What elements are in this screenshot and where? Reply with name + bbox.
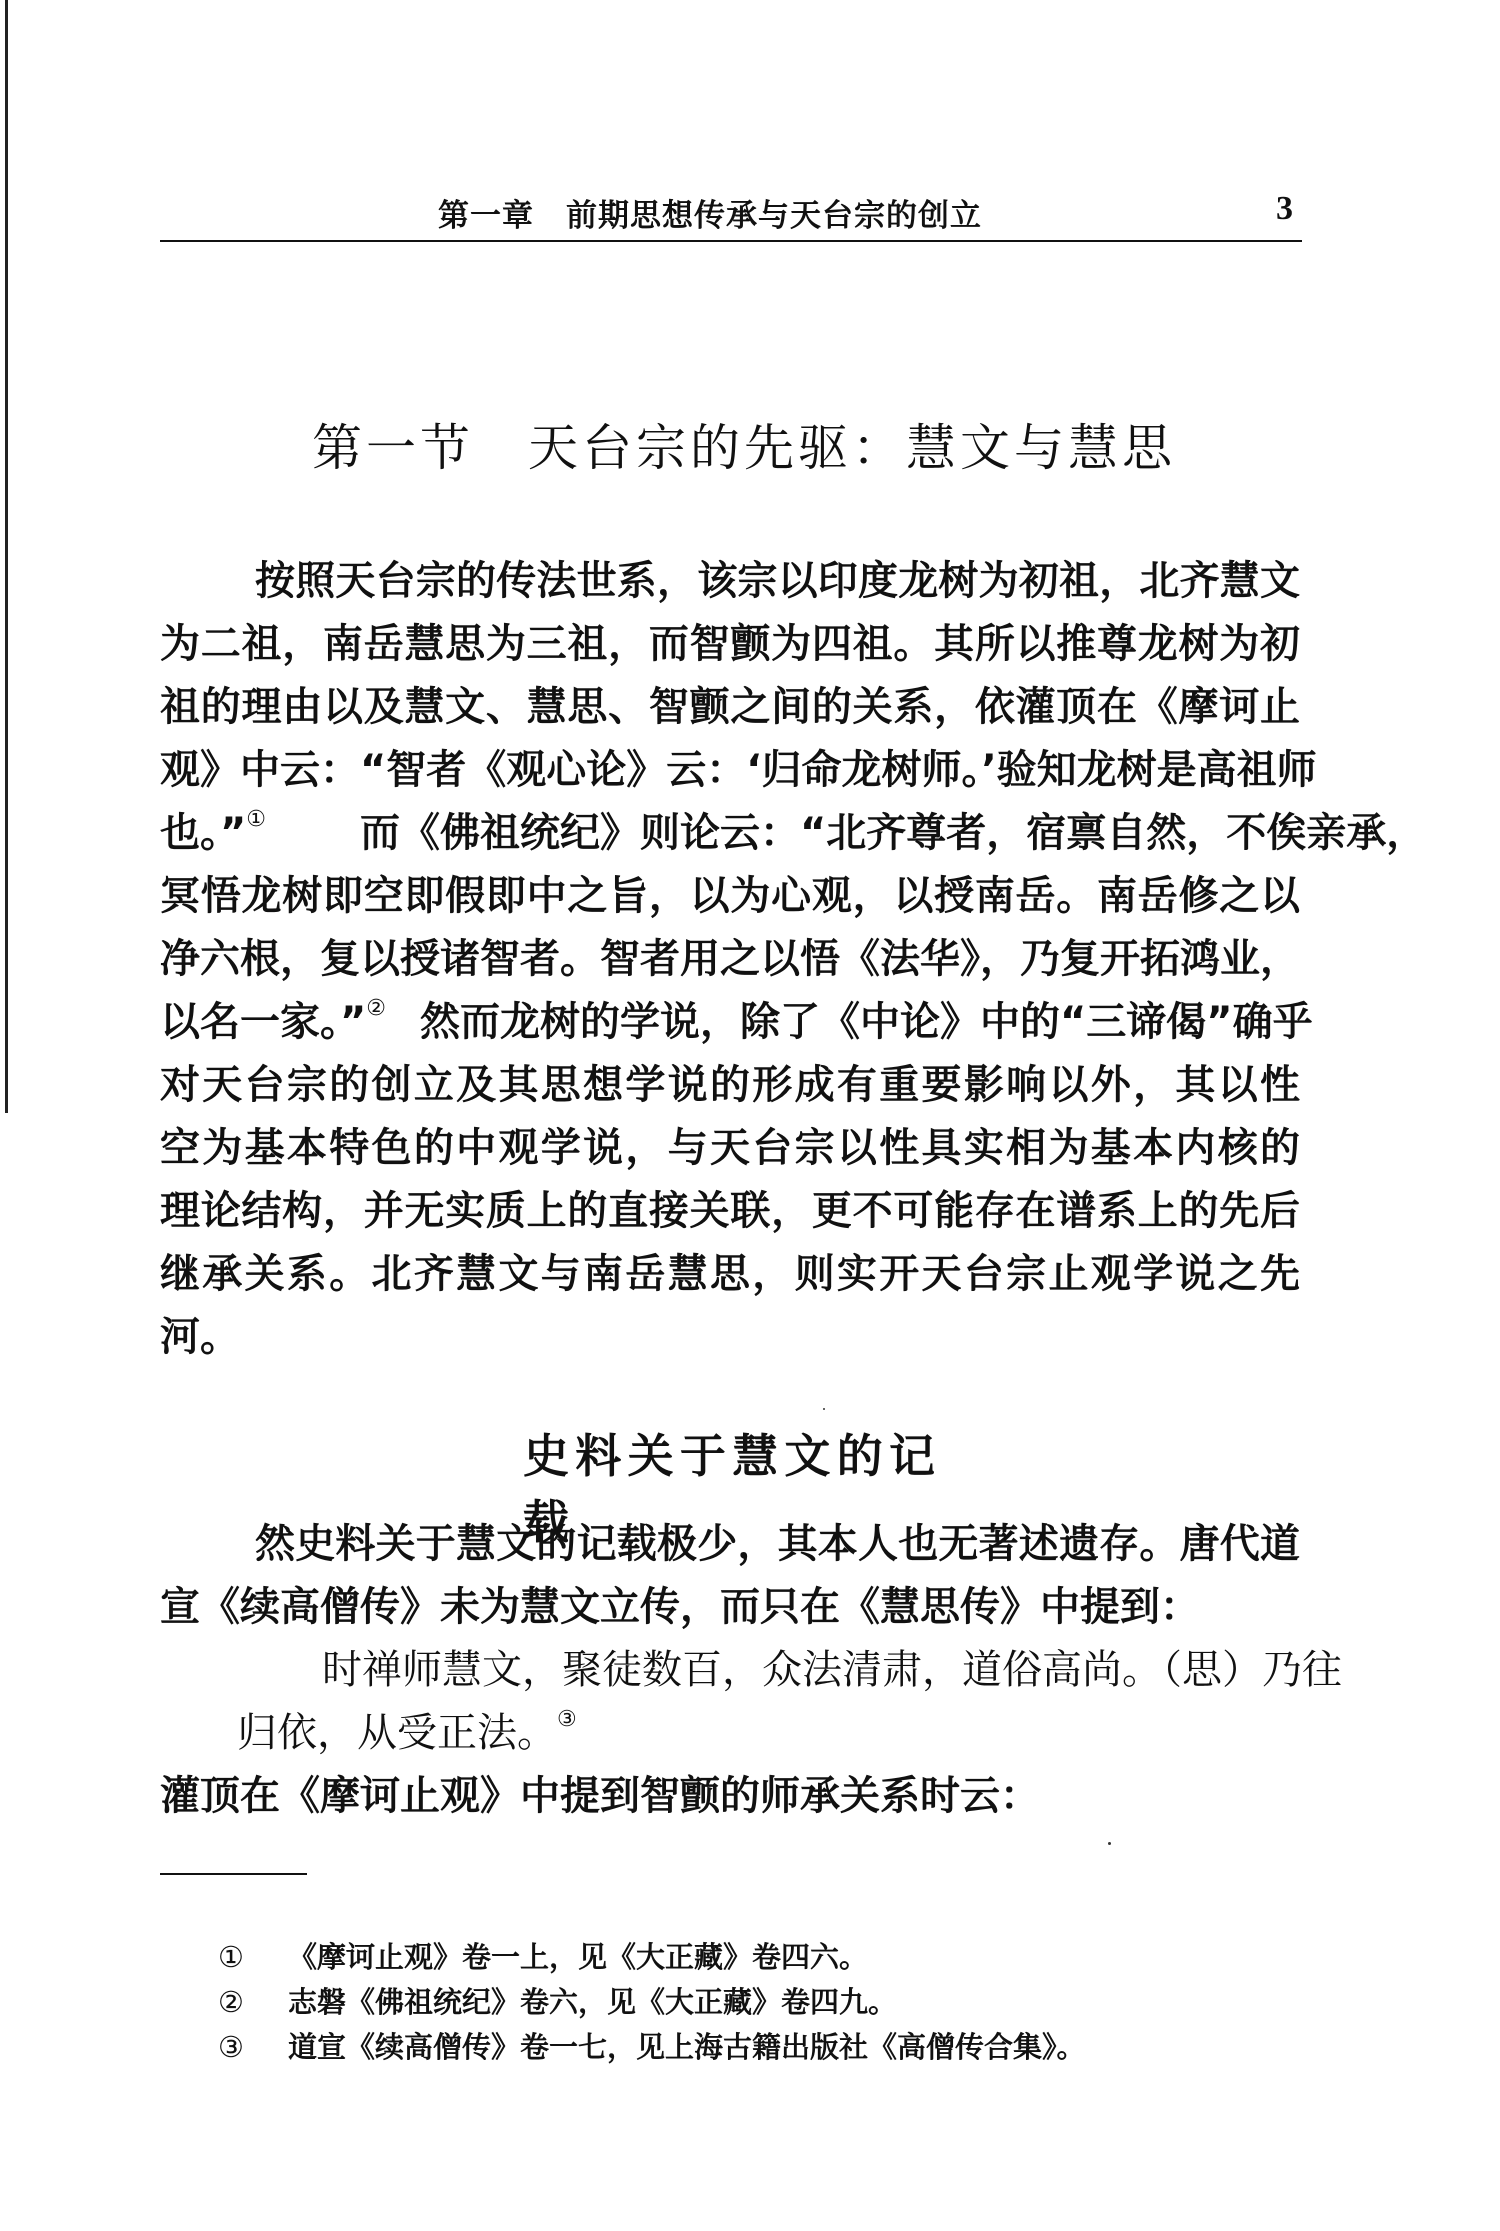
- footnote-marker: ①: [218, 1940, 288, 1974]
- text-line: 观》中云：“智者《观心论》云：‘归命龙树师。’验知龙树是高祖师: [160, 746, 1300, 794]
- page-edge-shadow: [5, 0, 8, 1113]
- page-number: 3: [1276, 190, 1293, 228]
- running-head: 第一章 前期思想传承与天台宗的创立: [438, 190, 982, 235]
- scan-speck: [1108, 1842, 1111, 1845]
- footnote-ref-2[interactable]: ②: [366, 996, 386, 1021]
- section-title: 第一节 天台宗的先驱：慧文与慧思: [312, 408, 1176, 480]
- text-line: 理论结构，并无实质上的直接关联，更不可能存在谱系上的先后: [160, 1187, 1300, 1235]
- quote-line: 时禅师慧文，聚徒数百，众法清肃，道俗高尚。（思）乃往: [322, 1646, 1300, 1694]
- text-line: 空为基本特色的中观学说，与天台宗以性具实相为基本内核的: [160, 1124, 1300, 1172]
- text-line: 按照天台宗的传法世系，该宗以印度龙树为初祖，北齐慧文: [255, 557, 1300, 605]
- footnote-1: ①《摩诃止观》卷一上，见《大正藏》卷四六。: [218, 1935, 868, 1976]
- footnote-marker: ③: [218, 2030, 288, 2064]
- footnote-2: ②志磐《佛祖统纪》卷六，见《大正藏》卷四九。: [218, 1980, 897, 2021]
- text-line: 以名一家。”② 然而龙树的学说，除了《中论》中的“三谛偈”确乎: [160, 998, 1300, 1046]
- footnote-3: ③道宣《续高僧传》卷一七，见上海古籍出版社《高僧传合集》。: [218, 2025, 1086, 2066]
- footnote-ref-1[interactable]: ①: [246, 807, 266, 832]
- text-fragment: 也。”: [160, 810, 246, 856]
- text-fragment: 归依，从受正法。: [237, 1710, 557, 1756]
- text-line: 也。”① 而《佛祖统纪》则论云：“北齐尊者，宿禀自然，不俟亲承，: [160, 809, 1300, 857]
- text-line: 净六根，复以授诸智者。智者用之以悟《法华》，乃复开拓鸿业，: [160, 935, 1300, 983]
- footnote-text: 《摩诃止观》卷一上，见《大正藏》卷四六。: [288, 1940, 868, 1974]
- text-line: 继承关系。北齐慧文与南岳慧思，则实开天台宗止观学说之先: [160, 1250, 1300, 1298]
- text-fragment: 以名一家。”: [160, 999, 366, 1045]
- text-line: 宣《续高僧传》未为慧文立传，而只在《慧思传》中提到：: [160, 1583, 1300, 1631]
- text-line: 然史料关于慧文的记载极少，其本人也无著述遗存。唐代道: [255, 1520, 1300, 1568]
- text-line: 祖的理由以及慧文、慧思、智颤之间的关系，依灌顶在《摩诃止: [160, 683, 1300, 731]
- text-line: 为二祖，南岳慧思为三祖，而智颤为四祖。其所以推尊龙树为初: [160, 620, 1300, 668]
- text-line: 冥悟龙树即空即假即中之旨，以为心观，以授南岳。南岳修之以: [160, 872, 1300, 920]
- footnote-text: 道宣《续高僧传》卷一七，见上海古籍出版社《高僧传合集》。: [288, 2030, 1086, 2064]
- footnote-ref-3[interactable]: ③: [557, 1707, 577, 1732]
- text-fragment: 然而龙树的学说，除了《中论》中的“三谛偈”确乎: [420, 998, 1300, 1046]
- scan-speck: [823, 1408, 825, 1410]
- header-rule: [160, 240, 1302, 242]
- text-line: 灌顶在《摩诃止观》中提到智颤的师承关系时云：: [160, 1772, 1300, 1820]
- footnote-rule: [160, 1873, 307, 1875]
- footnote-marker: ②: [218, 1985, 288, 2019]
- text-line: 对天台宗的创立及其思想学说的形成有重要影响以外，其以性: [160, 1061, 1300, 1109]
- footnote-text: 志磐《佛祖统纪》卷六，见《大正藏》卷四九。: [288, 1985, 897, 2019]
- text-line: 河。: [160, 1313, 1300, 1361]
- text-fragment: 而《佛祖统纪》则论云：“北齐尊者，宿禀自然，不俟亲承，: [360, 809, 1300, 857]
- quote-line: 归依，从受正法。③: [237, 1709, 837, 1757]
